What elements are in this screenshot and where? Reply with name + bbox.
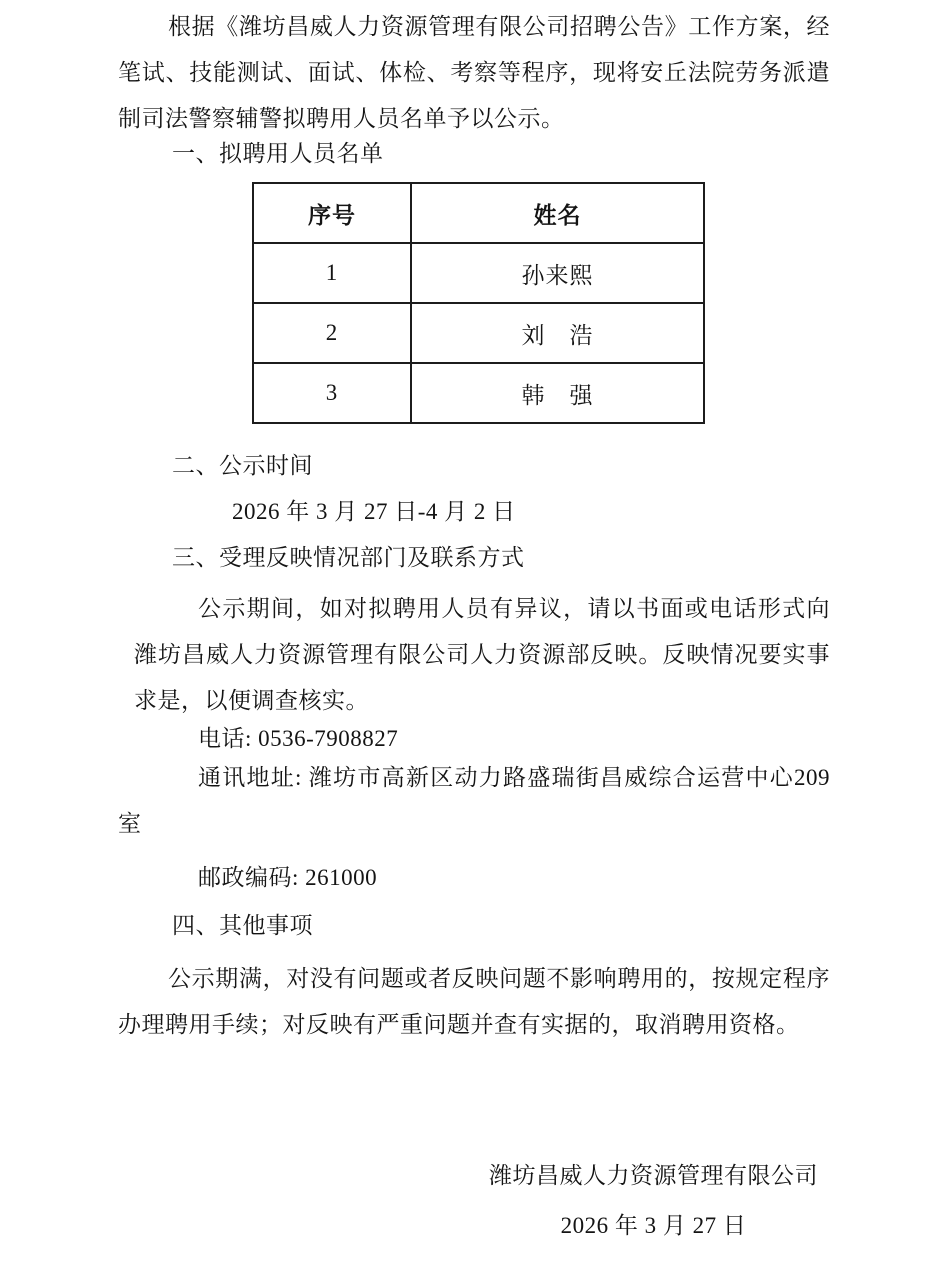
address-label: 通讯地址: (198, 765, 309, 790)
table-row: 3 韩 强 (253, 363, 704, 423)
table-header-row: 序号 姓名 (253, 183, 704, 243)
signature-date: 2026 年 3 月 27 日 (489, 1203, 818, 1249)
signature-block: 潍坊昌威人力资源管理有限公司 2026 年 3 月 27 日 (489, 1153, 818, 1249)
intro-paragraph: 根据《潍坊昌威人力资源管理有限公司招聘公告》工作方案，经笔试、技能测试、面试、体… (118, 4, 830, 142)
other-matters-paragraph: 公示期满，对没有问题或者反映问题不影响聘用的，按规定程序办理聘用手续；对反映有严… (118, 956, 830, 1048)
section-3-heading: 三、受理反映情况部门及联系方式 (118, 535, 830, 581)
proposed-hires-table: 序号 姓名 1 孙来熙 2 刘 浩 3 韩 强 (252, 182, 705, 424)
phone-label: 电话: (198, 726, 258, 751)
signature-company: 潍坊昌威人力资源管理有限公司 (489, 1153, 818, 1199)
table-row: 1 孙来熙 (253, 243, 704, 303)
section-4-heading: 四、其他事项 (118, 903, 830, 949)
objection-paragraph: 公示期间，如对拟聘用人员有异议，请以书面或电话形式向潍坊昌威人力资源管理有限公司… (134, 586, 830, 724)
name-cell: 孙来熙 (411, 243, 704, 303)
address-line: 通讯地址: 潍坊市高新区动力路盛瑞街昌威综合运营中心209 室 (118, 755, 830, 847)
notice-document-page: 根据《潍坊昌威人力资源管理有限公司招聘公告》工作方案，经笔试、技能测试、面试、体… (0, 0, 926, 1280)
name-cell: 刘 浩 (411, 303, 704, 363)
serial-cell: 3 (253, 363, 411, 423)
table-row: 2 刘 浩 (253, 303, 704, 363)
section-2-heading: 二、公示时间 (118, 443, 830, 489)
postcode-line: 邮政编码: 261000 (118, 855, 830, 901)
serial-cell: 1 (253, 243, 411, 303)
column-header-name: 姓名 (411, 183, 704, 243)
postcode-value: 261000 (305, 865, 377, 890)
phone-number: 0536-7908827 (258, 726, 398, 751)
name-cell: 韩 强 (411, 363, 704, 423)
postcode-label: 邮政编码: (198, 865, 305, 890)
column-header-serial: 序号 (253, 183, 411, 243)
serial-cell: 2 (253, 303, 411, 363)
publicity-period: 2026 年 3 月 27 日-4 月 2 日 (118, 489, 830, 535)
